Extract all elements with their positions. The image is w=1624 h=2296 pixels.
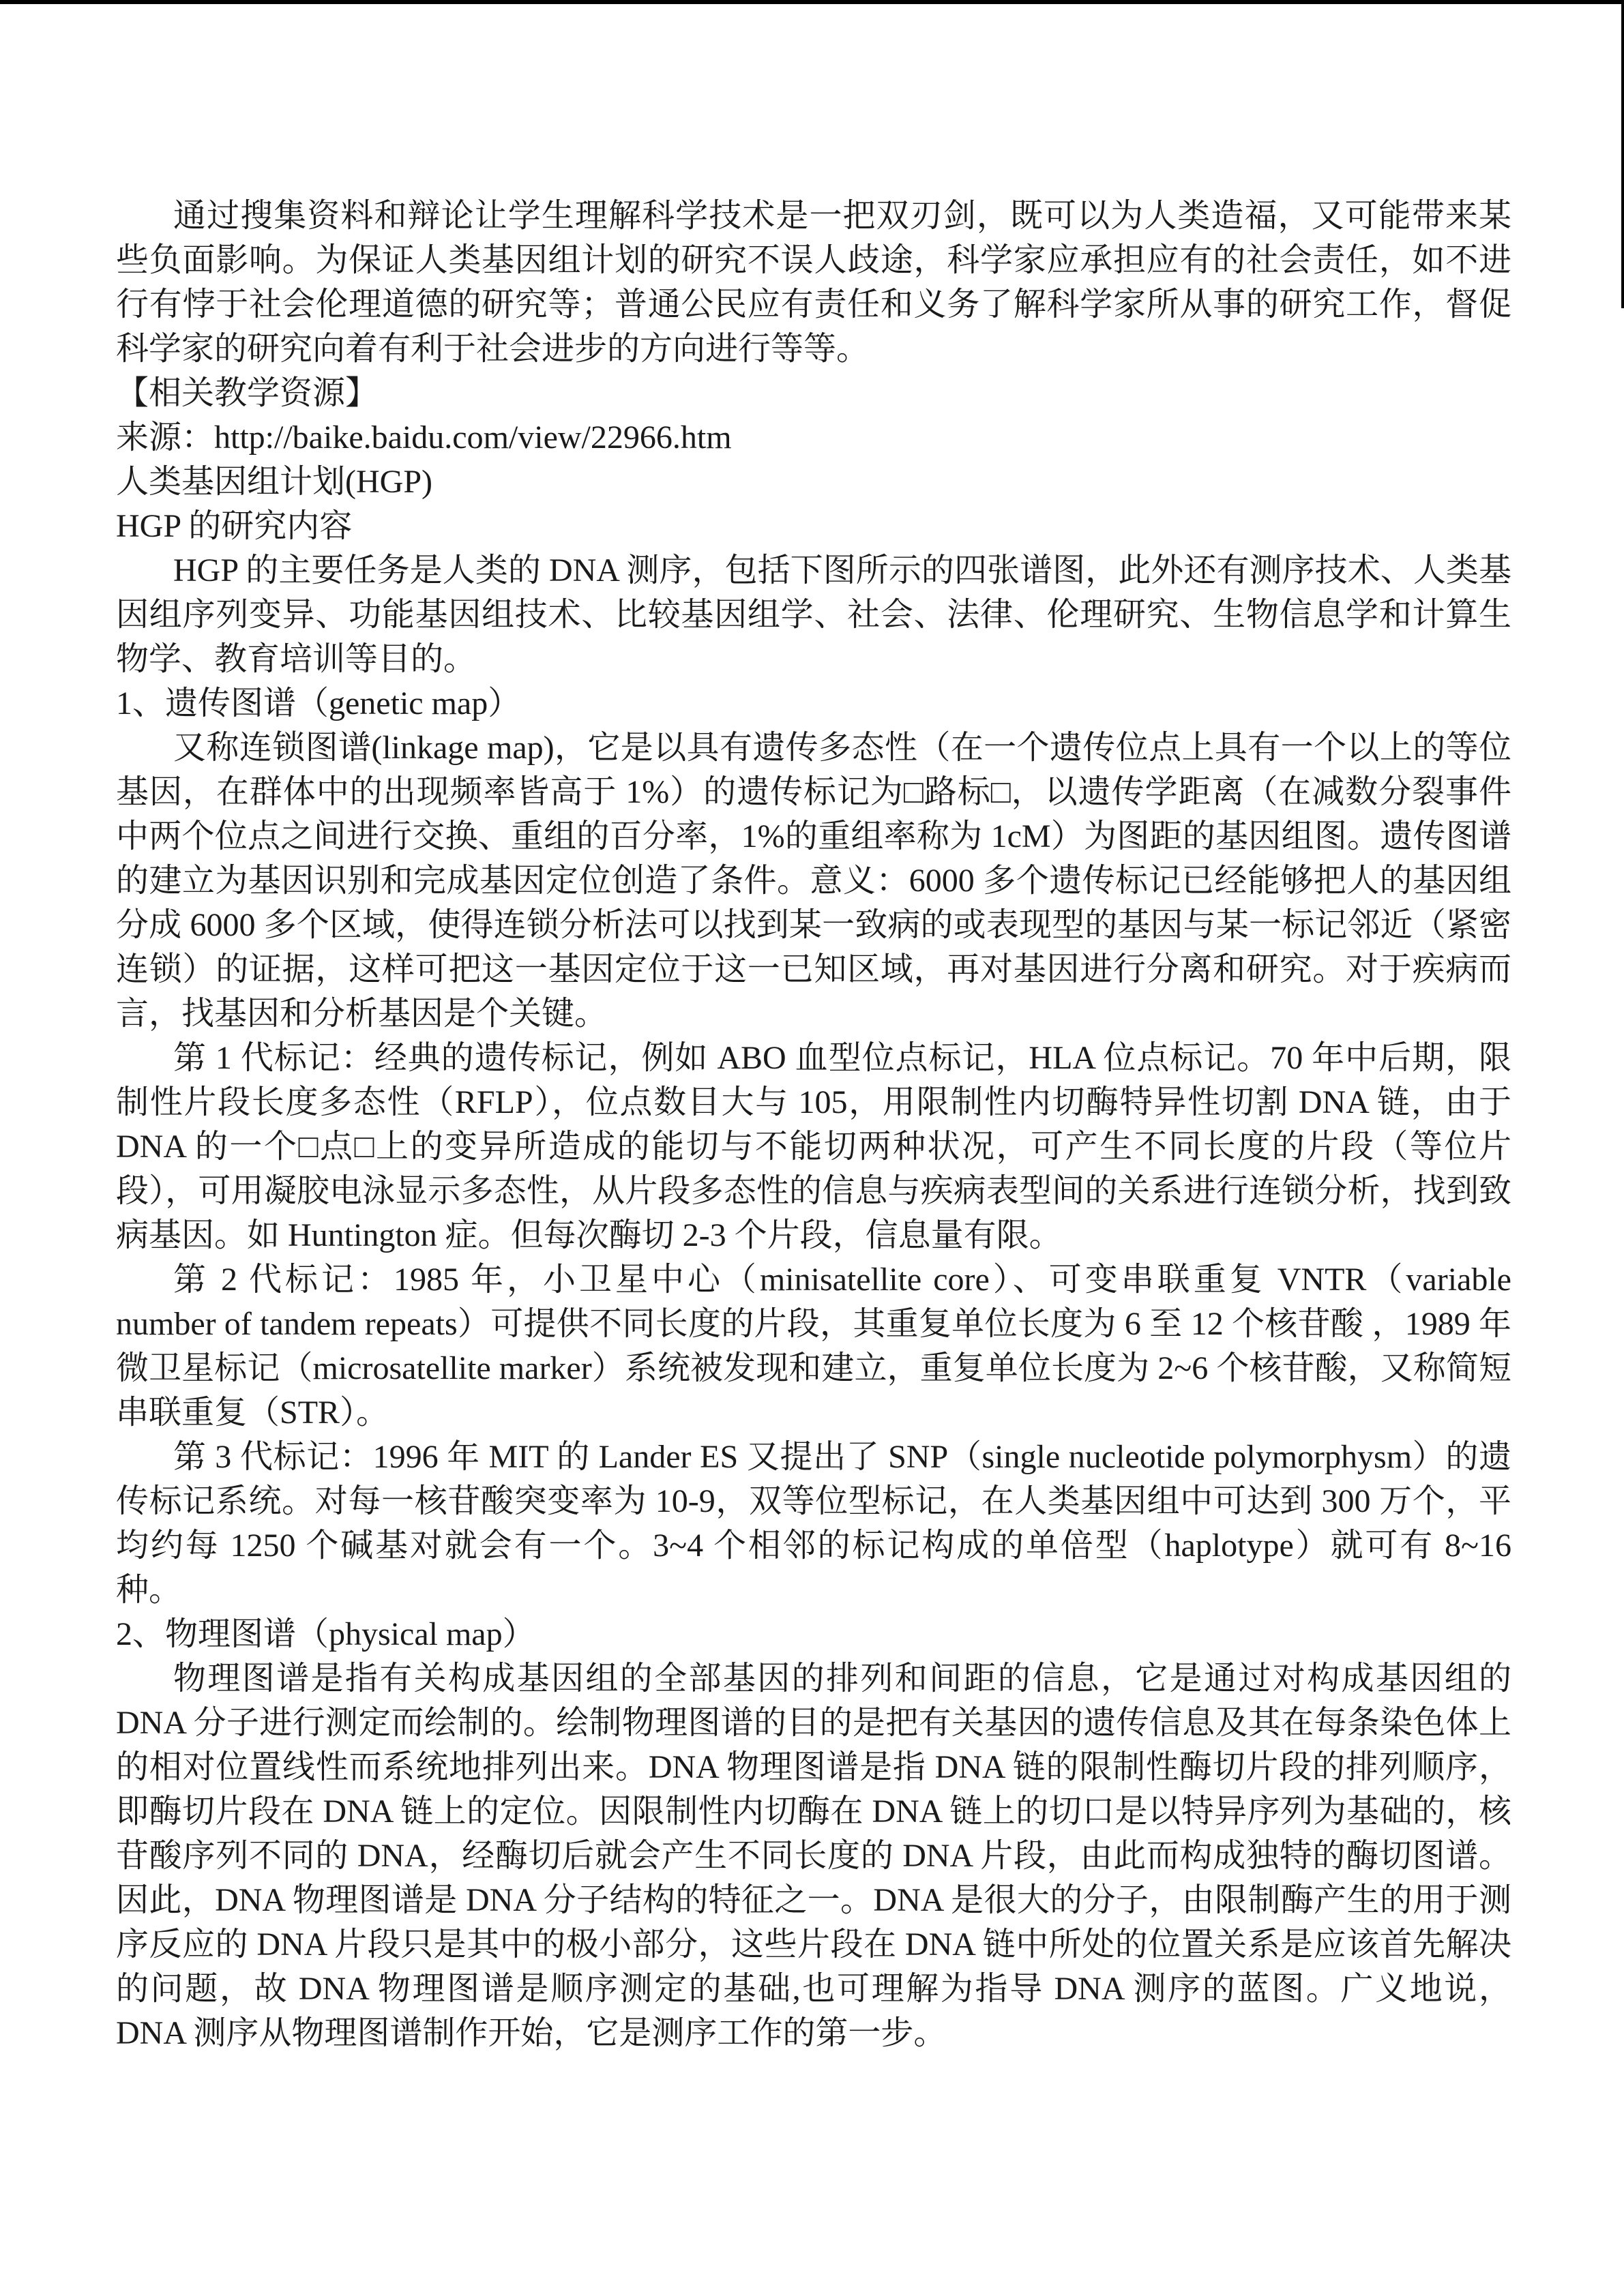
heading-hgp: 人类基因组计划(HGP) [116, 460, 1511, 504]
paragraph-genetic-map: 又称连锁图谱(linkage map)，它是以具有遗传多态性（在一个遗传位点上具… [116, 726, 1511, 1036]
heading-physical-map: 2、物理图谱（physical map） [116, 1612, 1511, 1656]
paragraph-marker-gen1: 第 1 代标记：经典的遗传标记，例如 ABO 血型位点标记，HLA 位点标记。7… [116, 1036, 1511, 1257]
paragraph-hgp-tasks: HGP 的主要任务是人类的 DNA 测序，包括下图所示的四张谱图，此外还有测序技… [116, 548, 1511, 681]
heading-hgp-research-content: HGP 的研究内容 [116, 504, 1511, 548]
paragraph-intro: 通过搜集资料和辩论让学生理解科学技术是一把双刃剑，既可以为人类造福，又可能带来某… [116, 194, 1511, 371]
scan-artifact-right-border [1621, 0, 1624, 308]
scan-artifact-top-border [0, 0, 1624, 4]
source-url-line: 来源：http://baike.baidu.com/view/22966.htm [116, 415, 1511, 460]
paragraph-marker-gen2: 第 2 代标记：1985 年，小卫星中心（minisatellite core）… [116, 1257, 1511, 1435]
heading-genetic-map: 1、遗传图谱（genetic map） [116, 681, 1511, 726]
scanned-document-page: 通过搜集资料和辩论让学生理解科学技术是一把双刃剑，既可以为人类造福，又可能带来某… [0, 0, 1624, 2296]
paragraph-physical-map: 物理图谱是指有关构成基因组的全部基因的排列和间距的信息，它是通过对构成基因组的 … [116, 1656, 1511, 2055]
document-content: 通过搜集资料和辩论让学生理解科学技术是一把双刃剑，既可以为人类造福，又可能带来某… [116, 194, 1511, 2055]
heading-related-resources: 【相关教学资源】 [116, 371, 1511, 415]
paragraph-marker-gen3: 第 3 代标记：1996 年 MIT 的 Lander ES 又提出了 SNP（… [116, 1435, 1511, 1612]
